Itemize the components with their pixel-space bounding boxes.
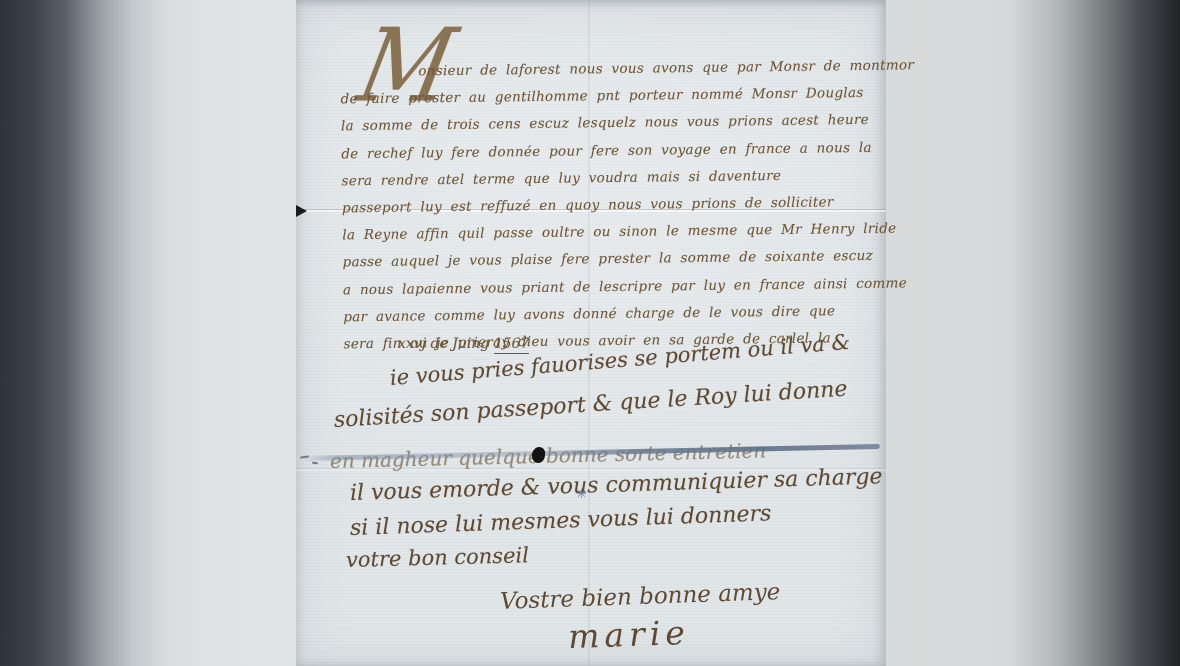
secretary-hand-block: onsieur de laforest nous vous avons que … <box>340 58 888 364</box>
ink-speck <box>312 462 318 465</box>
date-year: 1567 <box>494 336 530 354</box>
date-line: xxvj de Juing 1567 <box>398 336 529 352</box>
royal-hand-line: si il nose lui mesmes vous lui donners <box>350 501 772 541</box>
closing-line: Vostre bien bonne amye <box>500 579 781 615</box>
paper-tear-notch <box>296 205 307 217</box>
signature: marie <box>567 613 690 656</box>
letter-photo: M onsieur de laforest nous vous avons qu… <box>0 0 1180 666</box>
blue-asterisk-mark: ✳ <box>576 487 587 502</box>
blurred-background-right <box>886 0 1180 666</box>
manuscript-page: M onsieur de laforest nous vous avons qu… <box>296 0 886 666</box>
blurred-background-left <box>0 0 296 666</box>
royal-hand-line: votre bon conseil <box>346 543 530 572</box>
date-text: xxvj de Juing <box>398 336 489 352</box>
